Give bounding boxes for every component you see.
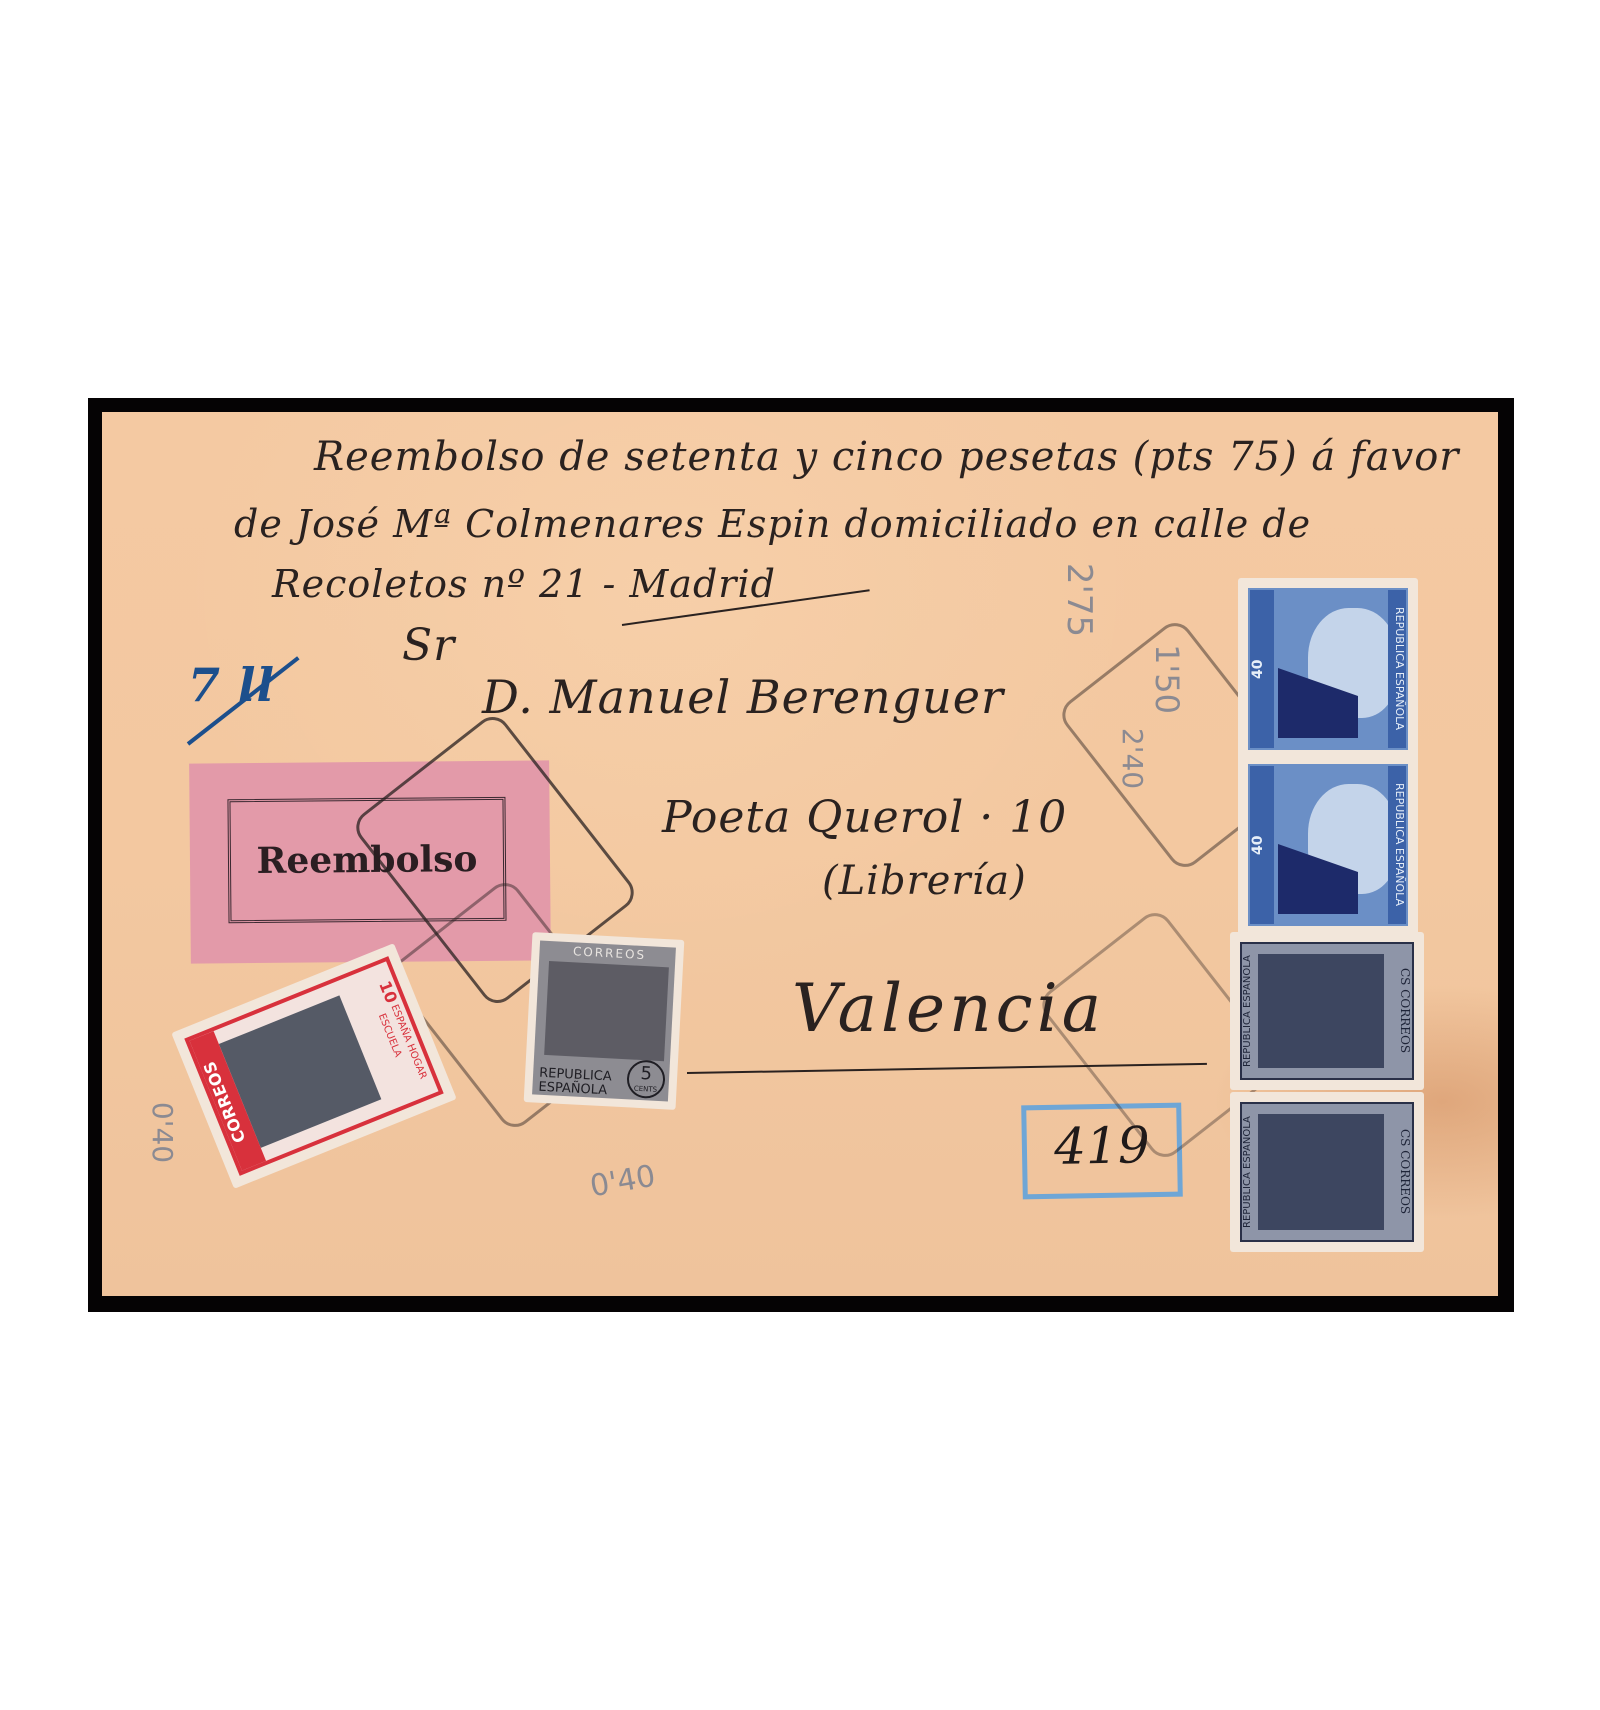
stamp-dark-50-bottom: REPUBLICA ESPAÑOLA CS CORREOS — [1230, 1092, 1424, 1252]
salutation: Sr — [402, 620, 455, 671]
stamp-value: 40 — [1250, 590, 1274, 748]
portrait — [1258, 954, 1384, 1068]
recipient-name: D. Manuel Berenguer — [482, 670, 1004, 724]
stamp-value: 40 — [1250, 766, 1274, 924]
stamp-grey-5: CORREOS REPUBLICA ESPAÑOLA 5 CENTS — [524, 932, 685, 1110]
handwriting-line-2: de José Mª Colmenares Espin domiciliado … — [234, 502, 1311, 546]
stamp-value: CS CORREOS — [1384, 1104, 1412, 1240]
stamp-country: REPUBLICA ESPAÑOLA — [1388, 590, 1406, 748]
recipient-street: Poeta Querol · 10 — [662, 792, 1067, 843]
pencil-note-bottom-left: 0'40 — [146, 1102, 179, 1163]
portrait — [544, 961, 669, 1061]
pencil-note-2-75: 2'75 — [1059, 563, 1099, 637]
stamp-blue-40-bottom: 40 REPUBLICA ESPAÑOLA — [1238, 754, 1418, 936]
envelope: Reembolso de setenta y cinco pesetas (pt… — [102, 412, 1498, 1296]
stamp-country: REPUBLICA ESPAÑOLA — [1388, 766, 1406, 924]
stamp-country: REPUBLICA ESPAÑOLA — [1242, 1104, 1258, 1240]
stamp-dark-50-top: REPUBLICA ESPAÑOLA CS CORREOS — [1230, 932, 1424, 1090]
stamp-blue-40-top: 40 REPUBLICA ESPAÑOLA — [1238, 578, 1418, 760]
handwriting-line-1: Reembolso de setenta y cinco pesetas (pt… — [314, 434, 1459, 480]
handwriting-line-3: Recoletos nº 21 - Madrid — [272, 562, 776, 606]
stamp-value: CS CORREOS — [1384, 944, 1412, 1078]
portrait — [1258, 1114, 1384, 1230]
pencil-note-bottom-center: 0'40 — [587, 1159, 658, 1205]
recipient-note: (Librería) — [822, 858, 1027, 904]
stamp-country: REPUBLICA ESPAÑOLA — [538, 1067, 627, 1100]
stamp-country: REPUBLICA ESPAÑOLA — [1242, 944, 1258, 1078]
